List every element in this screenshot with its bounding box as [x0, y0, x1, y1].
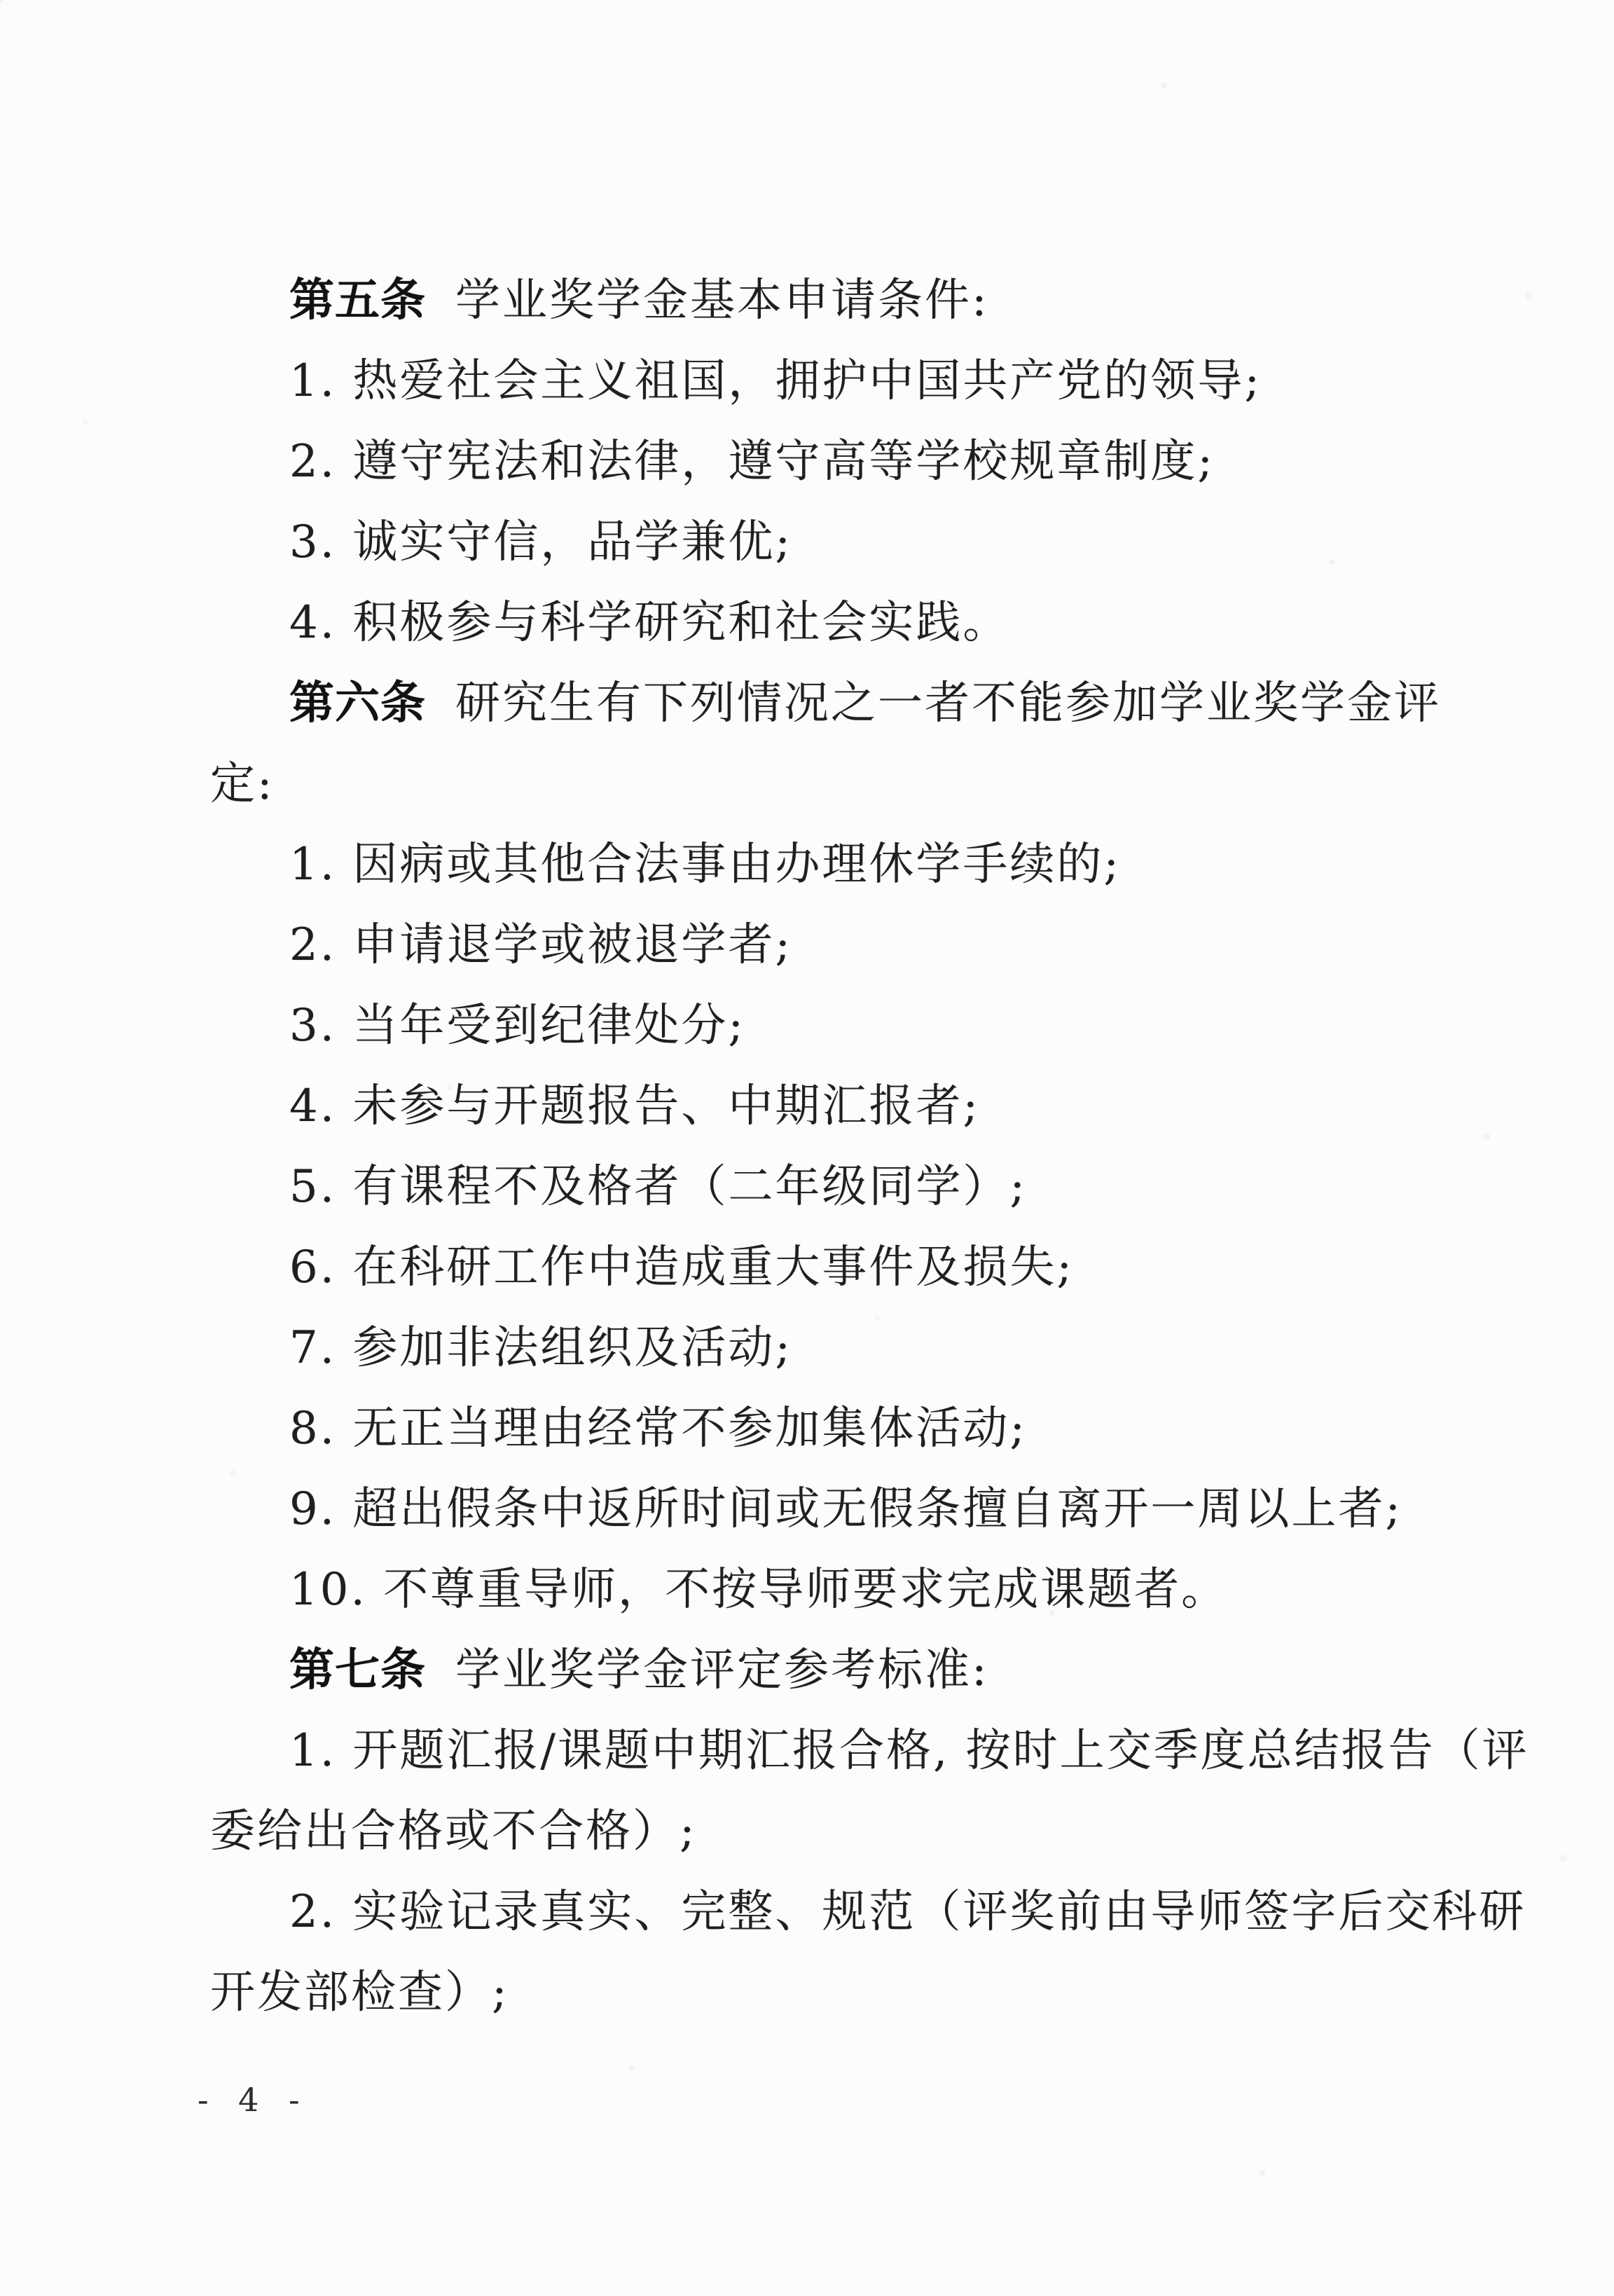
line-text: 10. 不尊重导师，不按导师要求完成课题者。: [289, 1564, 1228, 1616]
article-number: 第六条: [289, 678, 426, 729]
line-text: 3. 诚实守信，品学兼优;: [289, 516, 792, 568]
line-text: 2. 实验记录真实、完整、规范（评奖前由导师签字后交科研: [289, 1886, 1526, 1938]
line-text: 1. 开题汇报/课题中期汇报合格, 按时上交季度总结报告（评: [289, 1725, 1529, 1777]
text-line: 7. 参加非法组织及活动;: [210, 1308, 1474, 1389]
line-text: 4. 积极参与科学研究和社会实践。: [289, 597, 1009, 649]
text-line: 4. 积极参与科学研究和社会实践。: [210, 583, 1474, 664]
text-line: 第六条研究生有下列情况之一者不能参加学业奖学金评: [210, 664, 1474, 744]
text-line: 9. 超出假条中返所时间或无假条擅自离开一周以上者;: [210, 1469, 1474, 1550]
article-number: 第七条: [289, 1644, 426, 1696]
line-text: 6. 在科研工作中造成重大事件及损失;: [289, 1242, 1074, 1293]
line-text: 委给出合格或不合格）;: [210, 1806, 697, 1857]
line-text: 学业奖学金评定参考标准:: [455, 1644, 989, 1696]
line-text: 5. 有课程不及格者（二年级同学）;: [289, 1161, 1027, 1213]
line-text: 4. 未参与开题报告、中期汇报者;: [289, 1080, 980, 1132]
line-text: 2. 申请退学或被退学者;: [289, 919, 792, 971]
text-line: 2. 实验记录真实、完整、规范（评奖前由导师签字后交科研: [210, 1872, 1474, 1953]
line-text: 1. 热爱社会主义祖国，拥护中国共产党的领导;: [289, 355, 1262, 407]
line-text: 7. 参加非法组织及活动;: [289, 1322, 792, 1374]
text-line: 4. 未参与开题报告、中期汇报者;: [210, 1066, 1474, 1147]
line-text: 定:: [210, 758, 275, 810]
line-text: 8. 无正当理由经常不参加集体活动;: [289, 1403, 1027, 1455]
text-line: 2. 申请退学或被退学者;: [210, 905, 1474, 986]
line-text: 2. 遵守宪法和法律，遵守高等学校规章制度;: [289, 436, 1215, 488]
text-line: 开发部检查）;: [210, 1953, 1474, 2033]
text-line: 6. 在科研工作中造成重大事件及损失;: [210, 1228, 1474, 1308]
text-line: 1. 因病或其他合法事由办理休学手续的;: [210, 825, 1474, 905]
scan-noise: [0, 0, 3, 3]
text-line: 8. 无正当理由经常不参加集体活动;: [210, 1389, 1474, 1469]
text-line: 1. 开题汇报/课题中期汇报合格, 按时上交季度总结报告（评: [210, 1711, 1474, 1792]
text-line: 第七条学业奖学金评定参考标准:: [210, 1630, 1474, 1711]
document-body: 第五条学业奖学金基本申请条件: 1. 热爱社会主义祖国，拥护中国共产党的领导; …: [210, 261, 1474, 2033]
line-text: 学业奖学金基本申请条件:: [455, 275, 989, 326]
line-text: 研究生有下列情况之一者不能参加学业奖学金评: [455, 678, 1441, 729]
text-line: 委给出合格或不合格）;: [210, 1792, 1474, 1872]
text-line: 定:: [210, 744, 1474, 825]
line-text: 1. 因病或其他合法事由办理休学手续的;: [289, 839, 1121, 891]
text-line: 10. 不尊重导师，不按导师要求完成课题者。: [210, 1550, 1474, 1630]
line-text: 9. 超出假条中返所时间或无假条擅自离开一周以上者;: [289, 1483, 1402, 1535]
article-number: 第五条: [289, 275, 426, 326]
text-line: 5. 有课程不及格者（二年级同学）;: [210, 1147, 1474, 1228]
text-line: 1. 热爱社会主义祖国，拥护中国共产党的领导;: [210, 341, 1474, 422]
line-text: 3. 当年受到纪律处分;: [289, 1000, 745, 1052]
document-page: 第五条学业奖学金基本申请条件: 1. 热爱社会主义祖国，拥护中国共产党的领导; …: [0, 0, 1614, 2296]
text-line: 3. 诚实守信，品学兼优;: [210, 502, 1474, 583]
page-number: - 4 -: [198, 2075, 310, 2124]
text-line: 第五条学业奖学金基本申请条件:: [210, 261, 1474, 341]
line-text: 开发部检查）;: [210, 1967, 509, 2019]
text-line: 3. 当年受到纪律处分;: [210, 986, 1474, 1066]
text-line: 2. 遵守宪法和法律，遵守高等学校规章制度;: [210, 422, 1474, 502]
